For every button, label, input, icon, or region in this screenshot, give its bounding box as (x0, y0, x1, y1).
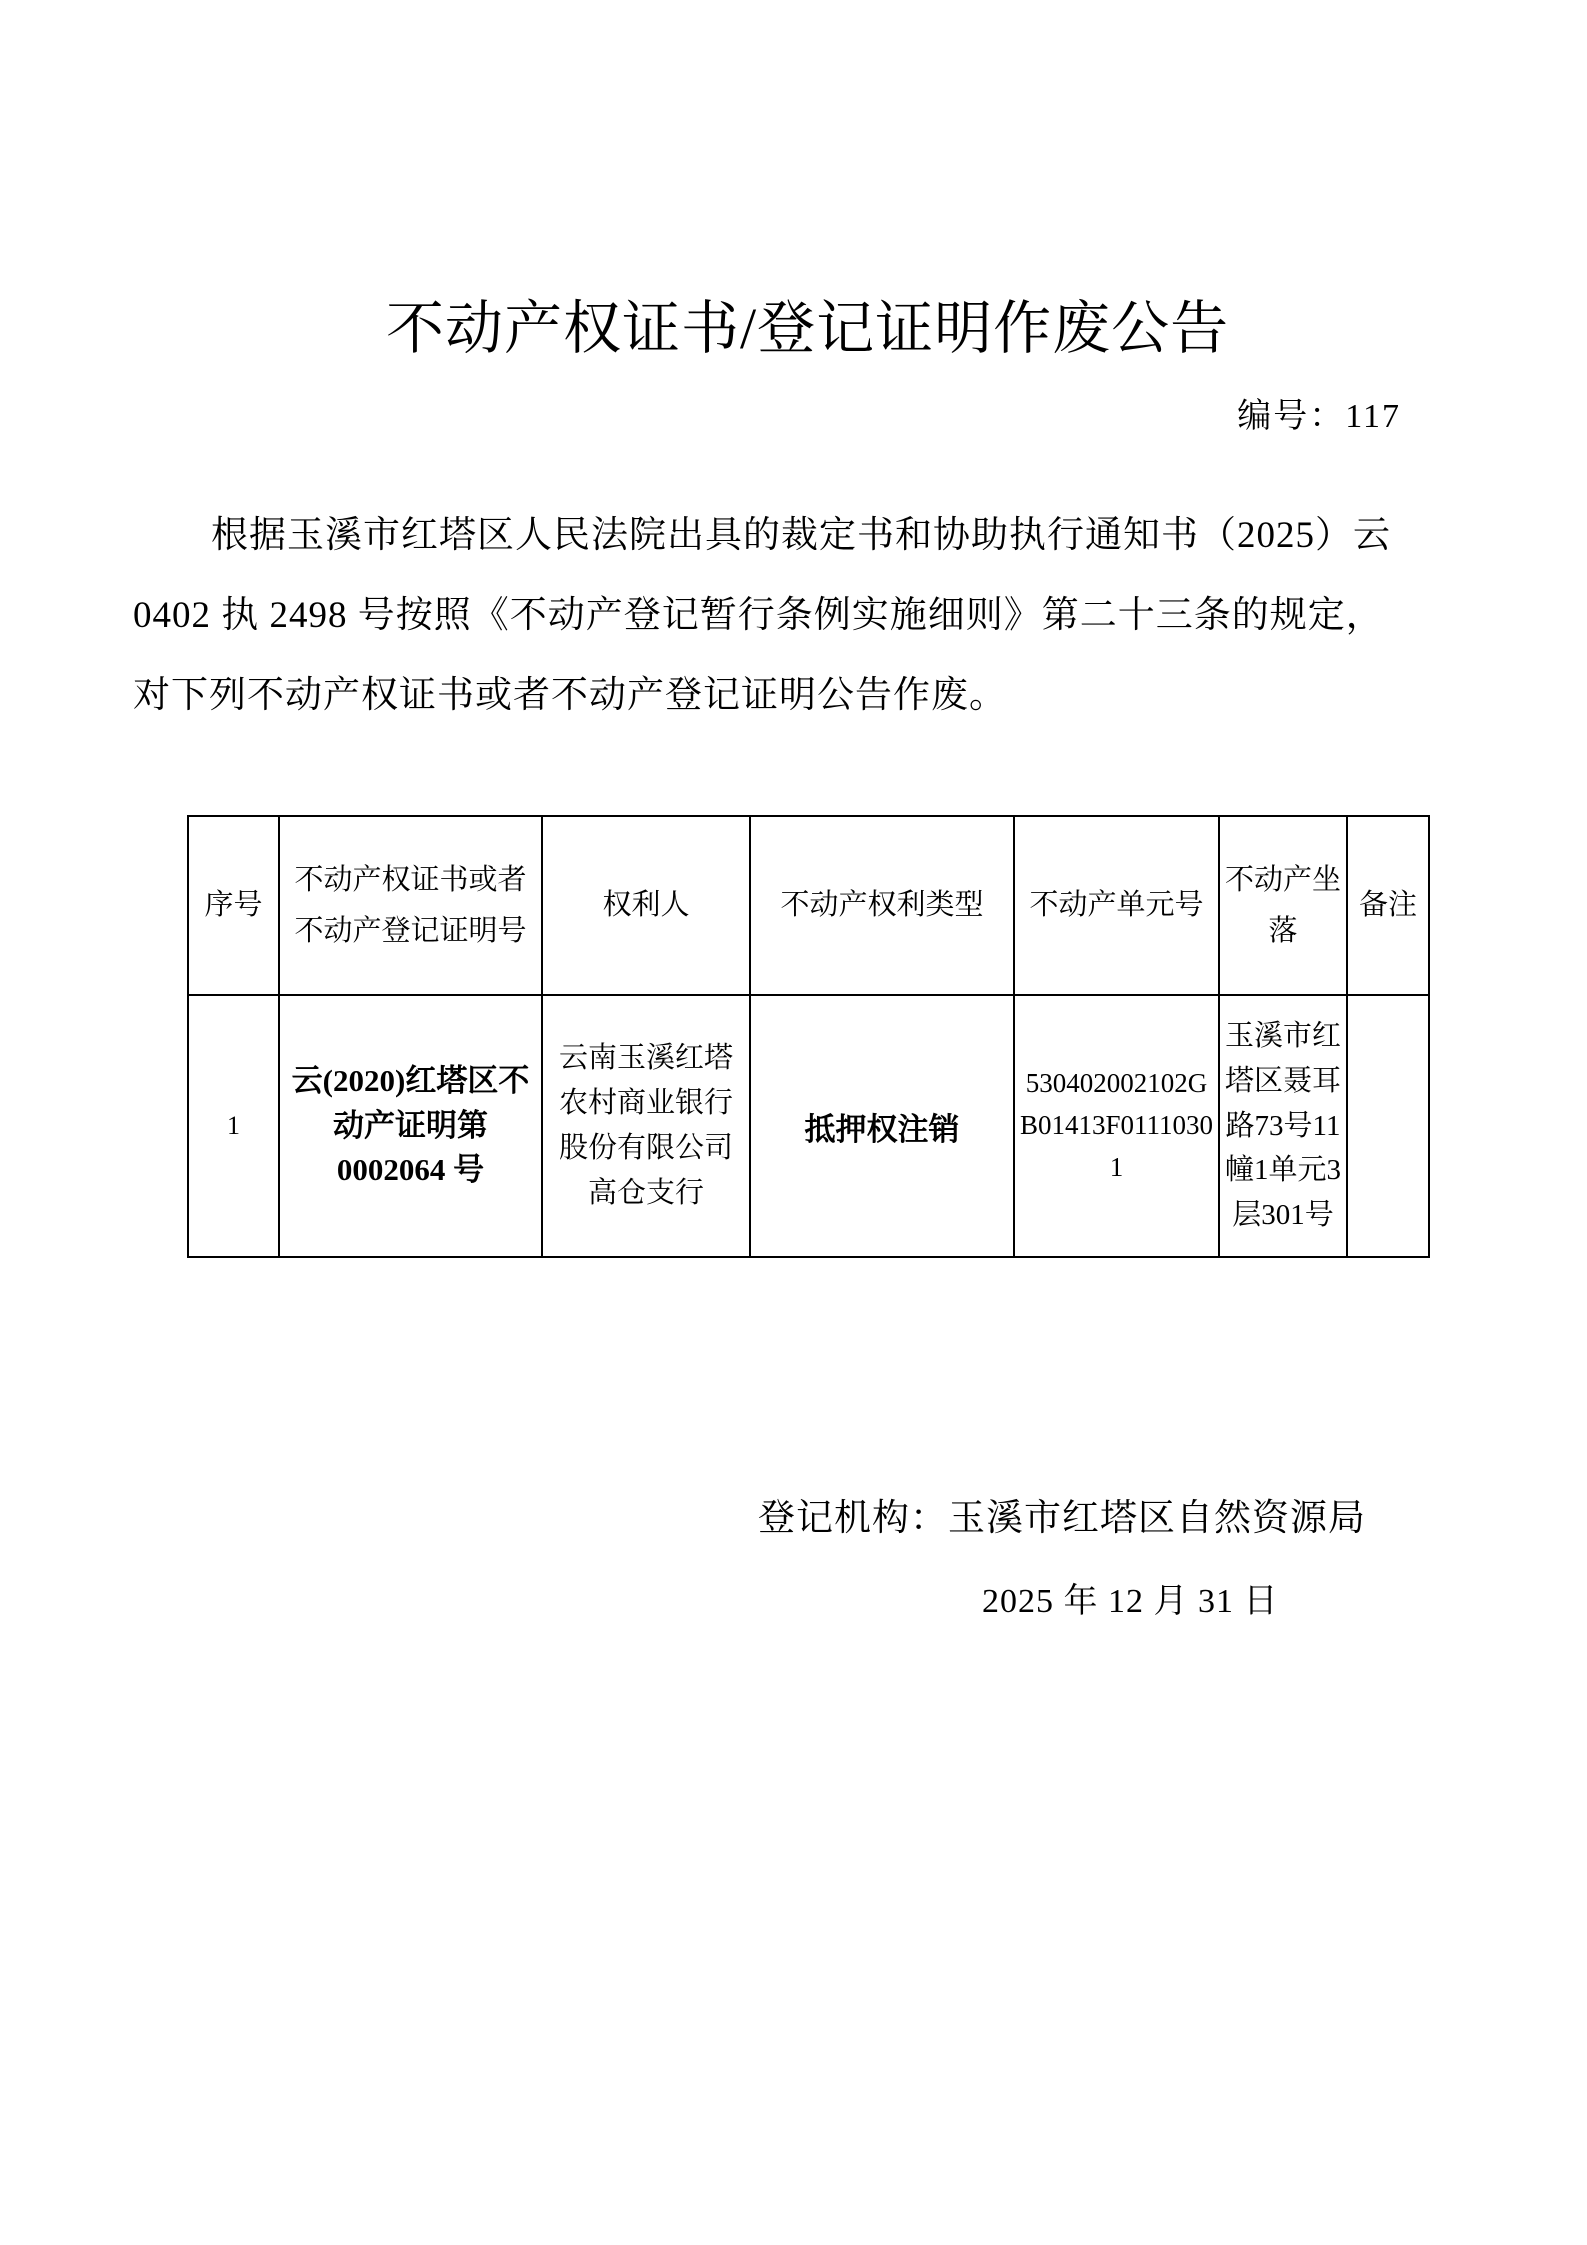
announcement-paragraph: 根据玉溪市红塔区人民法院出具的裁定书和协助执行通知书（2025）云 0402 执… (133, 496, 1473, 736)
paragraph-line-2: 0402 执 2498 号按照《不动产登记暂行条例实施细则》第二十三条的规定， (133, 576, 1473, 656)
footer-date: 2025 年 12 月 31 日 (982, 1573, 1279, 1622)
paragraph-line-1: 根据玉溪市红塔区人民法院出具的裁定书和协助执行通知书（2025）云 (133, 496, 1473, 576)
certificates-table: 序号 不动产权证书或者不动产登记证明号 权利人 不动产权利类型 不动产单元号 不… (187, 815, 1430, 1258)
announcement-document: 不动产权证书/登记证明作废公告 编号：117 根据玉溪市红塔区人民法院出具的裁定… (0, 0, 1587, 2245)
header-remark: 备注 (1347, 816, 1429, 995)
header-certificate-no: 不动产权证书或者不动产登记证明号 (279, 816, 542, 995)
cell-location: 玉溪市红塔区聂耳路73号11幢1单元3层301号 (1219, 995, 1347, 1257)
doc-number: 编号：117 (1237, 388, 1401, 437)
table-header-row: 序号 不动产权证书或者不动产登记证明号 权利人 不动产权利类型 不动产单元号 不… (188, 816, 1429, 995)
header-right-type: 不动产权利类型 (750, 816, 1014, 995)
cell-certificate-no: 云(2020)红塔区不动产证明第 0002064 号 (279, 995, 542, 1257)
header-index: 序号 (188, 816, 279, 995)
footer-agency: 登记机构：玉溪市红塔区自然资源局 (758, 1487, 1366, 1541)
header-unit-no: 不动产单元号 (1014, 816, 1219, 995)
cell-unit-no: 530402002102GB01413F01110301 (1014, 995, 1219, 1257)
table-row: 1 云(2020)红塔区不动产证明第 0002064 号 云南玉溪红塔农村商业银… (188, 995, 1429, 1257)
cell-holder: 云南玉溪红塔农村商业银行股份有限公司高仓支行 (542, 995, 750, 1257)
paragraph-line-3: 对下列不动产权证书或者不动产登记证明公告作废。 (133, 656, 1473, 736)
header-location: 不动产坐落 (1219, 816, 1347, 995)
header-holder: 权利人 (542, 816, 750, 995)
cell-index: 1 (188, 995, 279, 1257)
cell-remark (1347, 995, 1429, 1257)
page-title: 不动产权证书/登记证明作废公告 (386, 281, 1229, 365)
cell-right-type: 抵押权注销 (750, 995, 1014, 1257)
